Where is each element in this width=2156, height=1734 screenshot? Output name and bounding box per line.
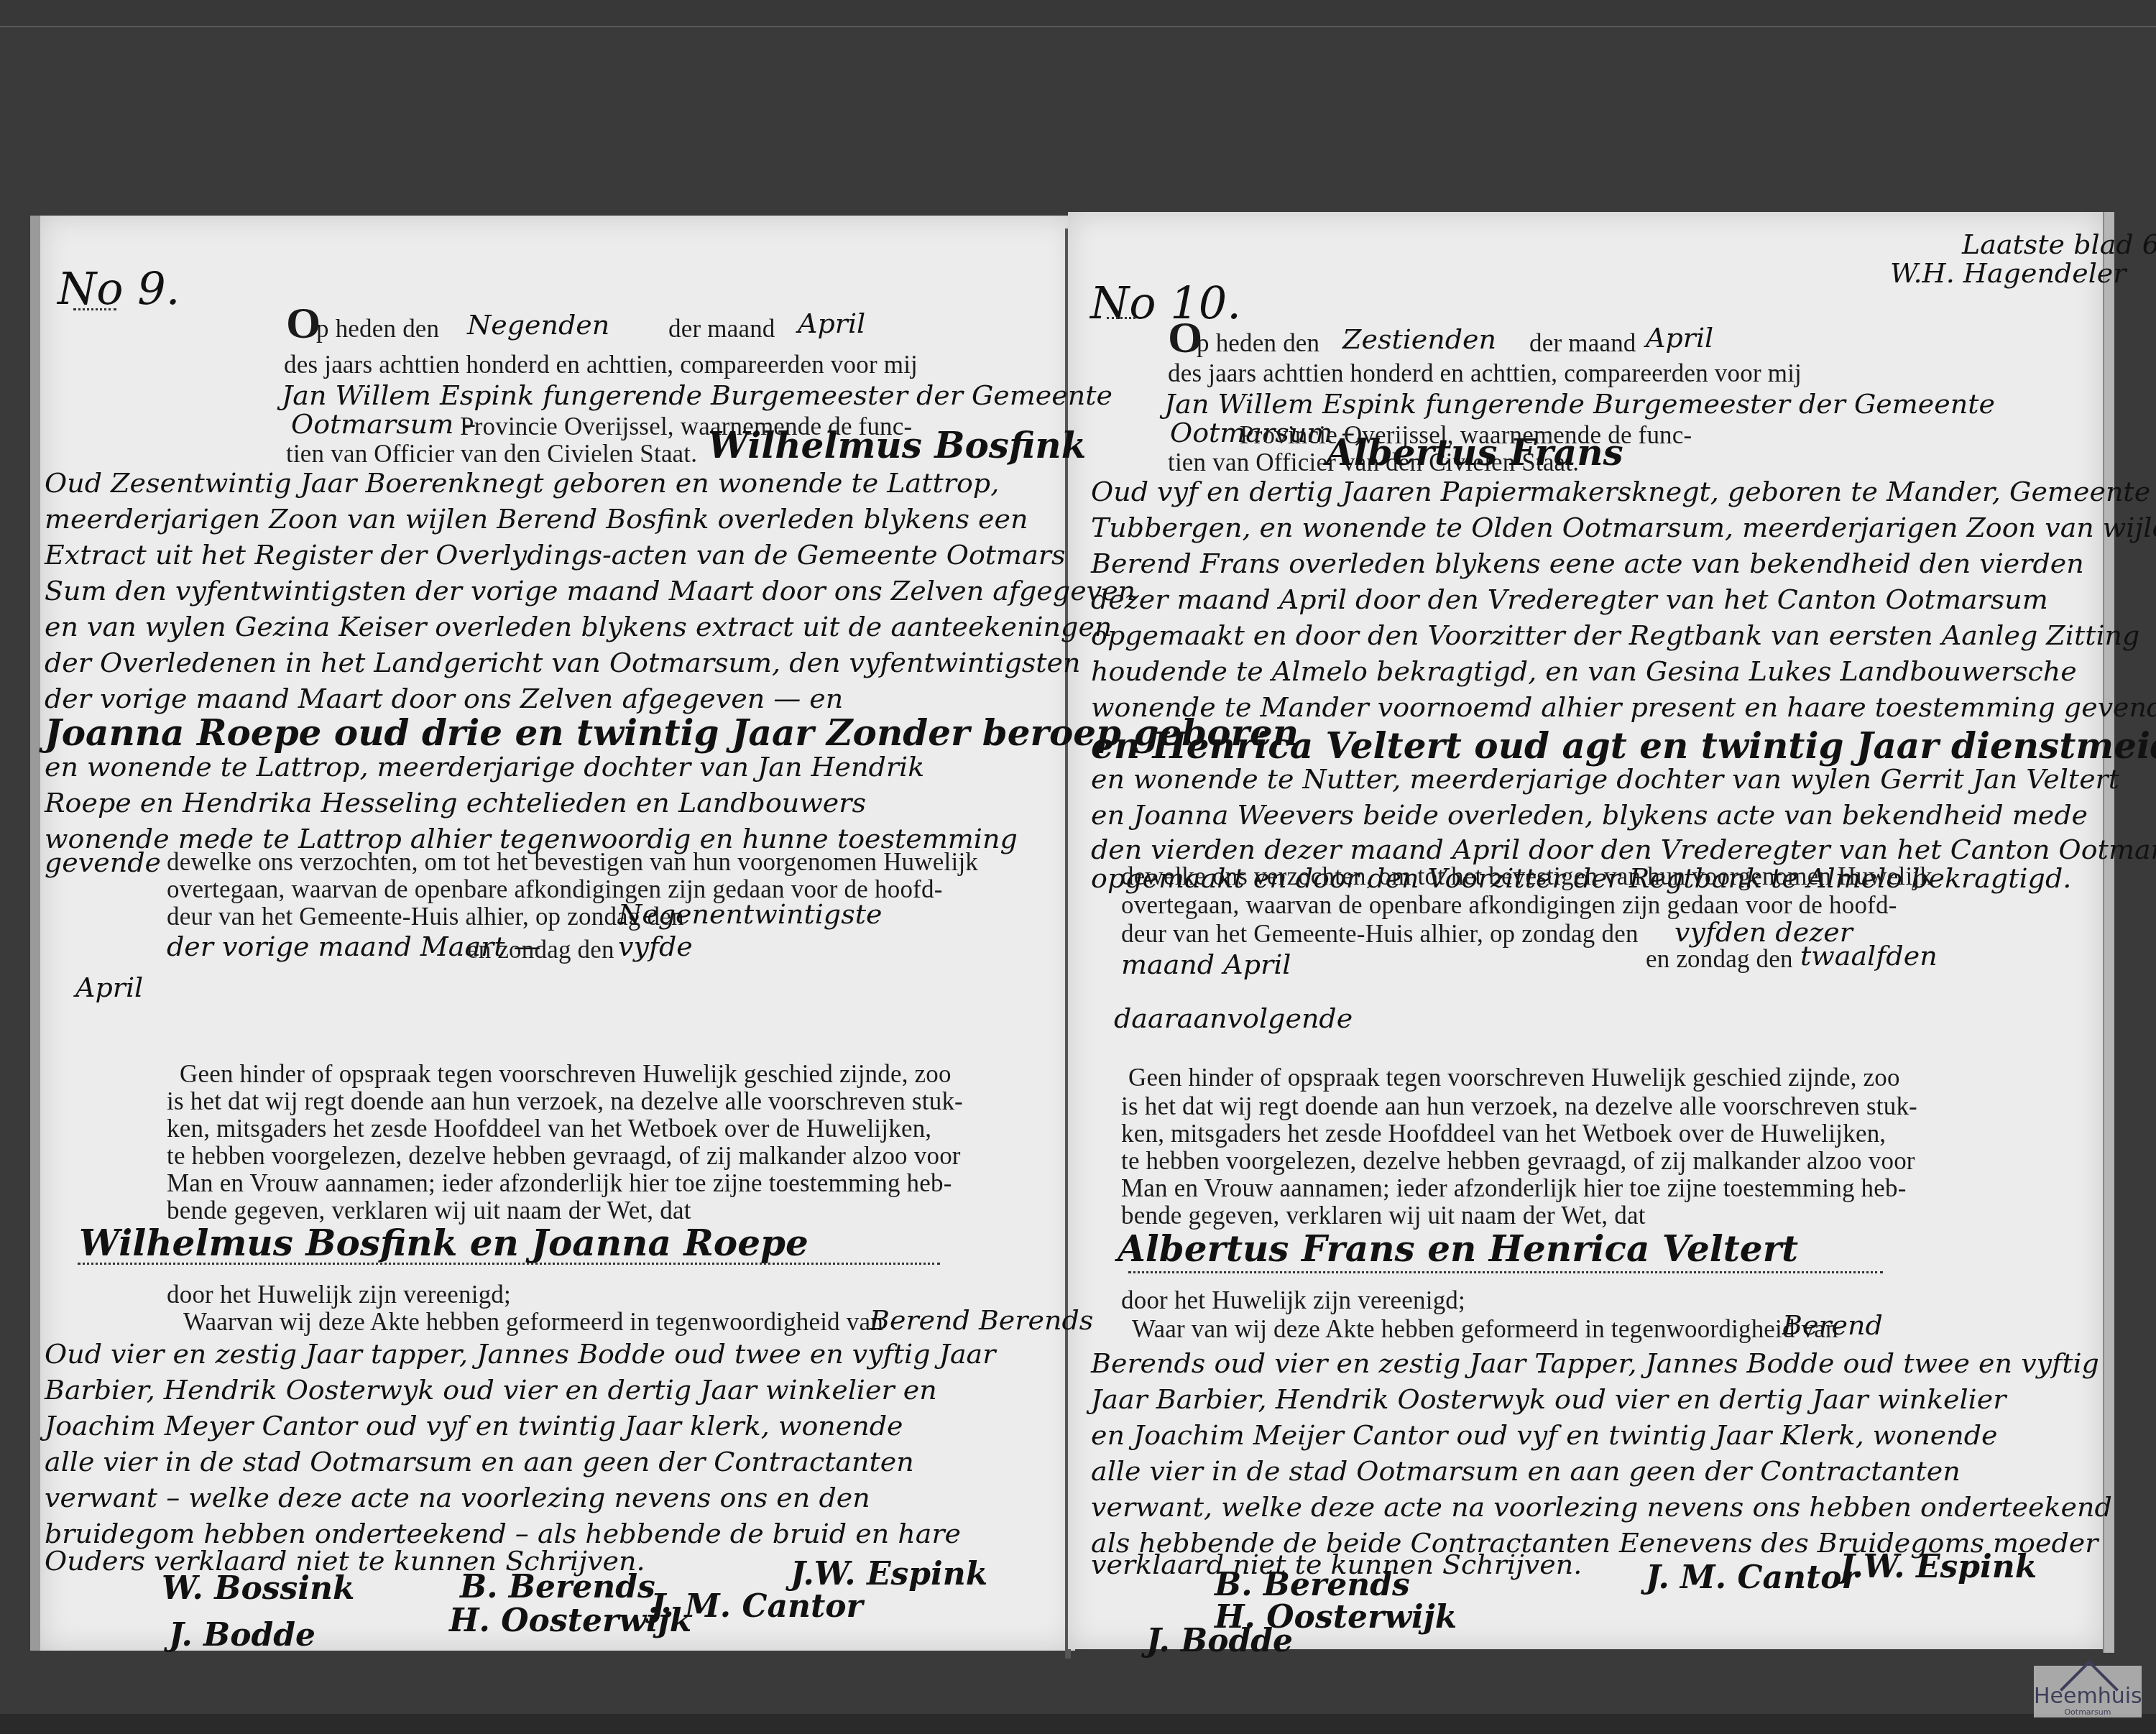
groom-name: Wilhelmus Bosfink xyxy=(708,424,1086,466)
day-field: Negenden xyxy=(467,309,609,341)
second-sunday-label: en zondag den xyxy=(1646,945,1793,974)
body-line: meerderjarigen Zoon van wijlen Berend Bo… xyxy=(45,503,1028,535)
watermark-subtitle: Ootmarsum xyxy=(2034,1707,2142,1717)
body-line: opgemaakt en door den Voorzitter der Reg… xyxy=(1091,619,2139,651)
request-line: overtegaan, waarvan de openbare afkondig… xyxy=(1121,891,1897,920)
dotted-rule xyxy=(73,308,116,310)
request-line: deur van het Gemeente-Huis alhier, op zo… xyxy=(1121,920,1639,949)
body-line: Roepe en Hendrika Hesseling echtelieden … xyxy=(45,787,866,818)
officer-line: tien van Officier van den Civielen Staat… xyxy=(286,440,697,469)
body-line: wonende te Mander voornoemd alhier prese… xyxy=(1091,691,2156,723)
second-sunday-date: vyfde xyxy=(618,931,693,962)
request-line: dewelke ons verzochten, om tot het beves… xyxy=(1121,862,1932,891)
scan-background-top xyxy=(0,0,2156,27)
watermark-title: Heemhuis xyxy=(2034,1686,2142,1707)
witness-line: en Joachim Meijer Cantor oud vyf en twin… xyxy=(1091,1419,1997,1451)
body-line: en wonende te Lattrop, meerderjarige doc… xyxy=(45,751,924,783)
consent-line: bende gegeven, verklaren wij uit naam de… xyxy=(167,1196,691,1225)
month-label: der maand xyxy=(668,315,775,343)
witness-intro: Waarvan wij deze Akte hebben geformeerd … xyxy=(183,1308,883,1337)
signature: J.W. Espink xyxy=(1840,1549,2037,1585)
body-line: Tubbergen, en wonende te Olden Ootmarsum… xyxy=(1091,512,2156,543)
month-field: April xyxy=(798,308,865,339)
witness-line: Barbier, Hendrik Oosterwyk oud vier en d… xyxy=(45,1374,937,1406)
official-name: Jan Willem Espink fungerende Burgemeeste… xyxy=(282,379,1112,411)
dotted-rule xyxy=(1128,1270,1883,1273)
signature: B. Berends xyxy=(460,1569,655,1605)
body-line: der Overledenen in het Landgericht van O… xyxy=(45,647,1080,678)
consent-line: Geen hinder of opspraak tegen voorschrev… xyxy=(180,1060,952,1089)
groom-name: Albertus Frans xyxy=(1326,431,1623,474)
body-line: en Joanna Weevers beide overleden, blyke… xyxy=(1091,799,2088,831)
body-line: Oud vyf en dertig Jaaren Papiermakerskne… xyxy=(1091,476,2150,507)
body-line: Oud Zesentwintig Jaar Boerenknegt gebore… xyxy=(45,467,999,499)
body-line: houdende te Almelo bekragtigd, en van Ge… xyxy=(1091,655,2077,687)
body-line: Sum den vyfentwintigsten der vorige maan… xyxy=(45,575,1135,607)
witness-line: Oud vier en zestig Jaar tapper, Jannes B… xyxy=(45,1338,995,1370)
month-label: der maand xyxy=(1529,329,1636,358)
header-note: W.H. Hagendeler xyxy=(1890,257,2127,289)
dotted-rule xyxy=(1107,316,1135,319)
intro-prefix: p heden den xyxy=(316,315,439,343)
united-line: door het Huwelijk zijn vereenigd; xyxy=(167,1281,511,1309)
heemhuis-watermark: Heemhuis Ootmarsum xyxy=(2034,1666,2142,1717)
witness-line: verwant, welke deze acte na voorlezing n… xyxy=(1091,1491,2112,1523)
consent-line: Geen hinder of opspraak tegen voorschrev… xyxy=(1128,1064,1900,1092)
witness-first: Berend Berends xyxy=(870,1304,1093,1336)
consent-line: Man en Vrouw aannamen; ieder afzonderlij… xyxy=(167,1169,952,1198)
month-field: April xyxy=(1646,322,1713,354)
body-line: Berend Frans overleden blykens eene acte… xyxy=(1091,548,2084,579)
consent-line: Man en Vrouw aannamen; ieder afzonderlij… xyxy=(1121,1174,1907,1203)
witness-line: Joachim Meyer Cantor oud vyf en twintig … xyxy=(45,1410,903,1442)
request-line: dewelke ons verzochten, om tot het beves… xyxy=(167,848,978,877)
witness-line: Jaar Barbier, Hendrik Oosterwyk oud vier… xyxy=(1091,1383,2006,1415)
second-sunday-label: en zondag den xyxy=(467,936,614,964)
consent-line: is het dat wij regt doende aan hun verzo… xyxy=(1121,1092,1917,1121)
second-sunday-month: daaraanvolgende xyxy=(1114,1002,1353,1034)
consent-line: ken, mitsgaders het zesde Hoofddeel van … xyxy=(167,1115,931,1143)
couple-names: Albertus Frans en Henrica Veltert xyxy=(1118,1227,1798,1270)
signature: J. Bodde xyxy=(169,1617,315,1654)
second-sunday-date: twaalfden xyxy=(1800,940,1938,972)
request-line: deur van het Gemeente-Huis alhier, op zo… xyxy=(167,903,684,931)
first-sunday-month: maand April xyxy=(1121,949,1291,980)
consent-line: is het dat wij regt doende aan hun verzo… xyxy=(167,1087,963,1116)
scan-background-bottom xyxy=(0,1714,2156,1734)
united-line: door het Huwelijk zijn vereenigd; xyxy=(1121,1286,1465,1315)
signature: B. Berends xyxy=(1215,1567,1410,1603)
second-sunday-month: April xyxy=(75,972,143,1003)
witness-line: alle vier in de stad Ootmarsum en aan ge… xyxy=(1091,1455,1961,1487)
intro-line-2: des jaars achttien honderd en achttien, … xyxy=(1168,359,1802,388)
body-line: dezer maand April door den Vrederegter v… xyxy=(1091,584,2048,615)
day-field: Zestienden xyxy=(1342,323,1496,355)
body-line: Extract uit het Register der Overlydings… xyxy=(45,539,1065,571)
municipality: Ootmarsum – xyxy=(291,408,476,440)
couple-names: Wilhelmus Bosfink en Joanna Roepe xyxy=(79,1222,808,1264)
body-line: den vierden dezer maand April door den V… xyxy=(1091,834,2156,865)
dotted-rule xyxy=(78,1262,940,1265)
consent-line: ken, mitsgaders het zesde Hoofddeel van … xyxy=(1121,1120,1886,1148)
body-line: en van wylen Gezina Keiser overleden bly… xyxy=(45,611,1112,642)
consent-line: te hebben voorgelezen, dezelve hebben ge… xyxy=(1121,1147,1915,1176)
first-sunday-date: Negenentwintigste xyxy=(618,898,882,930)
page-edge xyxy=(2103,212,2114,1653)
witness-line: alle vier in de stad Ootmarsum en aan ge… xyxy=(45,1446,914,1477)
witness-first: Berend xyxy=(1782,1309,1883,1341)
intro-line-2: des jaars achttien honderd en achttien, … xyxy=(284,351,918,379)
signature: J. Bodde xyxy=(1146,1623,1293,1659)
intro-prefix: p heden den xyxy=(1197,329,1319,358)
consent-line: te hebben voorgelezen, dezelve hebben ge… xyxy=(167,1142,961,1171)
witness-intro: Waar van wij deze Akte hebben geformeerd… xyxy=(1132,1315,1838,1344)
official-name: Jan Willem Espink fungerende Burgemeeste… xyxy=(1164,388,1995,420)
witness-line: Berends oud vier en zestig Jaar Tapper, … xyxy=(1091,1347,2099,1379)
signature: J.W. Espink xyxy=(791,1556,987,1592)
consent-line: bende gegeven, verklaren wij uit naam de… xyxy=(1121,1202,1646,1230)
body-line: gevende xyxy=(45,847,161,878)
signature: J. M. Cantor xyxy=(1646,1559,1858,1596)
header-note: Laatste blad 6 xyxy=(1962,229,2156,260)
body-line: der vorige maand Maart door ons Zelven a… xyxy=(45,683,843,714)
bride-line: en Henrica Veltert oud agt en twintig Ja… xyxy=(1091,724,2156,767)
signature: J. M. Cantor xyxy=(650,1588,863,1625)
body-line: en wonende te Nutter, meerderjarige doch… xyxy=(1091,763,2119,795)
witness-line: verwant – welke deze acte na voorlezing … xyxy=(45,1482,870,1513)
act-number: No 10. xyxy=(1090,277,1241,329)
signature: W. Bossink xyxy=(162,1570,354,1607)
